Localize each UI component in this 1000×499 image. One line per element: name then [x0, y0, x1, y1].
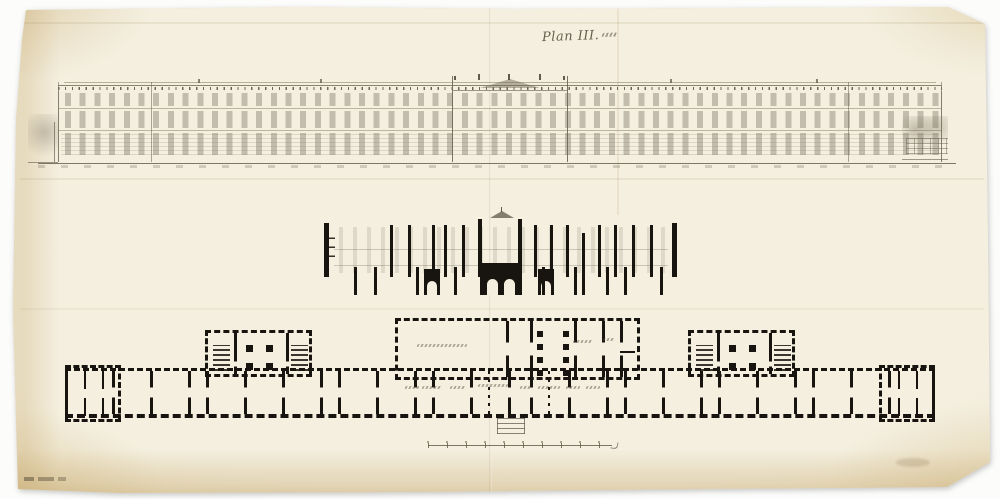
gate-sketch-left: [28, 114, 58, 166]
fence-trees-sketch-right: [902, 116, 948, 166]
section-wall-cut: [416, 267, 419, 295]
pavilion-wall: [898, 371, 900, 416]
statue-mark: [563, 76, 565, 80]
facade-elevation: [58, 76, 942, 170]
room-label-handwriting: [602, 338, 615, 341]
pavilion-wall: [916, 371, 918, 416]
section-wall-cut: [624, 267, 627, 295]
lower-fold-crease: [20, 308, 984, 310]
room-label-handwriting: [416, 344, 467, 347]
plan-cross-wall: [850, 371, 853, 414]
plan-wing: [688, 330, 795, 377]
plan-center-block: [395, 318, 640, 380]
wing-pillar: [749, 363, 756, 370]
courtyard-pillar: [563, 370, 569, 376]
section-wall-cut: [354, 267, 357, 295]
chimney-mark: [198, 79, 200, 83]
statue-mark: [478, 74, 480, 80]
cross-section: [320, 211, 680, 307]
section-wall-cut: [598, 225, 601, 277]
room-label-handwriting: [519, 386, 532, 389]
plan-cross-wall: [794, 371, 797, 414]
room-label-handwriting: [585, 386, 600, 389]
gate-post-line: [54, 122, 55, 162]
fence-rails: [906, 138, 948, 154]
wing-stair-hatch: [213, 345, 230, 371]
fence-base-line: [902, 159, 948, 160]
plan-cross-wall: [150, 371, 153, 414]
section-wall-cut: [390, 225, 393, 277]
plan-cross-wall: [662, 371, 665, 414]
section-wall-cut: [574, 267, 577, 295]
center-block-wall: [506, 321, 509, 377]
wing-pillar: [749, 345, 756, 352]
paper-speck: [3, 226, 8, 234]
section-wall-cut: [606, 267, 609, 295]
section-wall-cut: [462, 225, 465, 277]
section-wall-cut: [614, 225, 617, 277]
arch-opening: [427, 281, 437, 295]
scale-bar: [428, 441, 618, 450]
attic-line: [453, 90, 567, 91]
section-wall-cut: [566, 225, 569, 277]
section-wall-cut: [660, 267, 663, 295]
chimney-mark: [670, 79, 672, 83]
wing-pillar: [729, 363, 736, 370]
gate-base-line: [28, 162, 58, 163]
section-wall-cut: [550, 225, 553, 277]
plan-cross-wall: [206, 371, 209, 414]
section-wall-cut: [324, 223, 329, 277]
title-suffix-squiggle: [601, 32, 619, 37]
paper-smudge: [896, 458, 930, 467]
wing-wall: [234, 333, 237, 374]
center-block-wall: [620, 321, 623, 377]
scale-end-flourish: [610, 441, 618, 449]
section-wall-cut: [444, 225, 447, 277]
chimney-mark: [816, 79, 818, 83]
section-wall-cut: [374, 267, 377, 295]
portico-steps: [497, 418, 525, 434]
plan-cross-wall: [812, 371, 815, 414]
center-pavilion: [452, 76, 568, 162]
statue-mark: [539, 74, 541, 80]
wing-pillar: [266, 363, 273, 370]
wing-wall: [769, 333, 772, 374]
ground-line: [38, 163, 956, 164]
courtyard-pillar: [537, 344, 543, 350]
scanned-drawing-canvas: Plan III.: [0, 0, 1000, 499]
room-label-handwriting: [572, 340, 593, 343]
plan-end-pavilion-right: [879, 365, 935, 422]
section-mast: [501, 207, 502, 212]
center-block-wall: [530, 321, 533, 377]
section-wall-cut: [650, 225, 653, 277]
wing-stair-hatch: [696, 345, 713, 371]
wing-pillar: [729, 345, 736, 352]
plan-cross-wall: [376, 371, 379, 414]
room-label-handwriting: [537, 386, 560, 389]
room-label-handwriting: [404, 386, 419, 389]
plan-cross-wall: [188, 371, 191, 414]
courtyard-pillar: [537, 331, 543, 337]
plan-cross-wall: [700, 371, 703, 414]
section-wall-cut: [672, 223, 677, 277]
end-pavilion-left: [58, 82, 152, 162]
mid-fold-crease: [20, 178, 984, 180]
courtyard-pillar: [563, 344, 569, 350]
plan-cross-wall: [244, 371, 247, 414]
paper-shadow-wrap: Plan III.: [0, 0, 1000, 499]
section-wall-cut: [478, 219, 482, 277]
section-wall-cut: [534, 225, 537, 277]
shelfmark-inscription: [24, 477, 66, 481]
paper-speck: [5, 33, 13, 46]
wing-pillar: [266, 345, 273, 352]
section-wall-cut: [432, 225, 435, 277]
room-label-handwriting: [565, 386, 580, 389]
section-wall-cut: [582, 233, 585, 295]
cellar-arch-center: [480, 263, 522, 295]
wing-wall: [717, 333, 720, 374]
section-wall-cut: [542, 267, 545, 295]
section-wall-cut: [408, 225, 411, 277]
scale-line: [428, 445, 612, 446]
statue-mark: [454, 76, 456, 80]
plan-cross-wall: [756, 371, 759, 414]
room-label-handwriting: [477, 384, 508, 387]
plan-cross-wall: [718, 371, 721, 414]
statue-mark: [508, 74, 510, 80]
wing-stair-hatch: [774, 345, 791, 371]
ground-hatch-marks: [38, 165, 956, 168]
arch-opening: [504, 279, 515, 295]
wing-pillar: [246, 345, 253, 352]
pediment-triangle: [480, 79, 540, 88]
arch-opening: [487, 279, 498, 295]
section-wall-cut: [632, 225, 635, 277]
ground-plan: [60, 314, 940, 444]
courtyard-pillar: [537, 357, 543, 363]
title-text: Plan III.: [542, 28, 600, 45]
wing-stair-hatch: [291, 345, 308, 371]
courtyard-pillar: [563, 357, 569, 363]
plan-wing: [205, 330, 312, 377]
section-wall-cut: [454, 267, 457, 295]
wing-wall: [286, 333, 289, 374]
room-label-handwriting: [449, 386, 466, 389]
plan-cross-wall: [320, 371, 323, 414]
section-wall-cut: [518, 219, 522, 277]
plan-cross-wall: [338, 371, 341, 414]
chimney-mark: [320, 79, 322, 83]
wing-pillar: [246, 363, 253, 370]
plan-end-pavilion-left: [65, 365, 121, 422]
courtyard-pillar: [563, 331, 569, 337]
plan-cross-wall: [282, 371, 285, 414]
courtyard-pillar: [537, 370, 543, 376]
pavilion-wall: [84, 371, 86, 416]
title-inscription: Plan III.: [542, 22, 663, 48]
section-pediment: [490, 211, 514, 218]
room-label-handwriting: [421, 386, 442, 389]
top-fold-crease: [20, 22, 984, 24]
paper-sheet: Plan III.: [0, 0, 1000, 499]
center-block-wall: [574, 321, 577, 377]
center-block-wall: [602, 321, 605, 377]
pavilion-wall: [102, 371, 104, 416]
